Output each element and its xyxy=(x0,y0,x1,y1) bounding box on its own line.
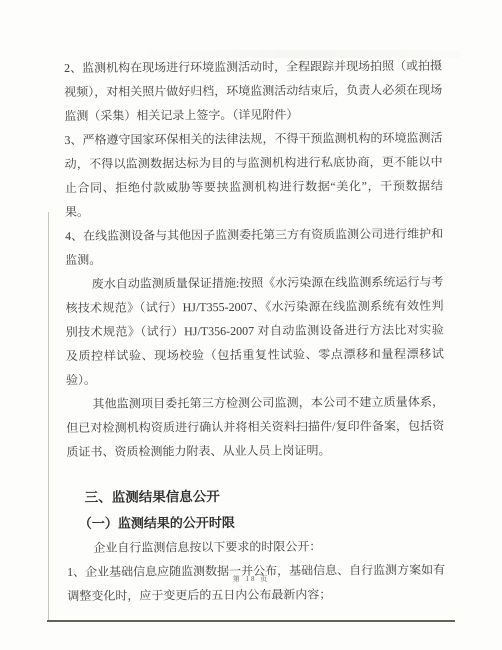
paragraph-legal-compliance: 3、严格遵守国家环保相关的法律法规，不得干预监测机构的环境监测活动，不得以监测数… xyxy=(64,126,443,224)
document-page: 2、监测机构在现场进行环境监测活动时，全程跟踪并现场拍照（或拍摄视频），对相关照… xyxy=(0,0,502,650)
paragraph-onsite-monitoring: 2、监测机构在现场进行环境监测活动时，全程跟踪并现场拍照（或拍摄视频），对相关照… xyxy=(64,54,442,128)
document-body: 2、监测机构在现场进行环境监测活动时，全程跟踪并现场拍照（或拍摄视频），对相关照… xyxy=(64,54,445,608)
section-heading-info-disclosure: 三、监测结果信息公开 xyxy=(85,484,445,510)
paragraph-third-party: 其他监测项目委托第三方检测公司监测，本公司不建立质量体系，但已对检测机构资质进行… xyxy=(66,390,444,464)
paragraph-wastewater-qa: 废水自动监测质量保证措施:按照《水污染源在线监测系统运行与考核技术规范》（试行）… xyxy=(65,270,444,392)
scan-edge-bottom xyxy=(47,620,455,622)
scan-edge-left xyxy=(48,212,49,622)
paragraph-online-devices: 4、在线监测设备与其他因子监测委托第三方有资质监测公司进行维护和监测。 xyxy=(65,222,443,272)
footer-page-number: 第 18 页 xyxy=(0,574,502,584)
paragraph-disclosure-intro: 企业自行监测信息按以下要求的时限公开： xyxy=(67,534,445,560)
subsection-heading-disclosure-timeline: （一）监测结果的公开时限 xyxy=(79,510,445,536)
